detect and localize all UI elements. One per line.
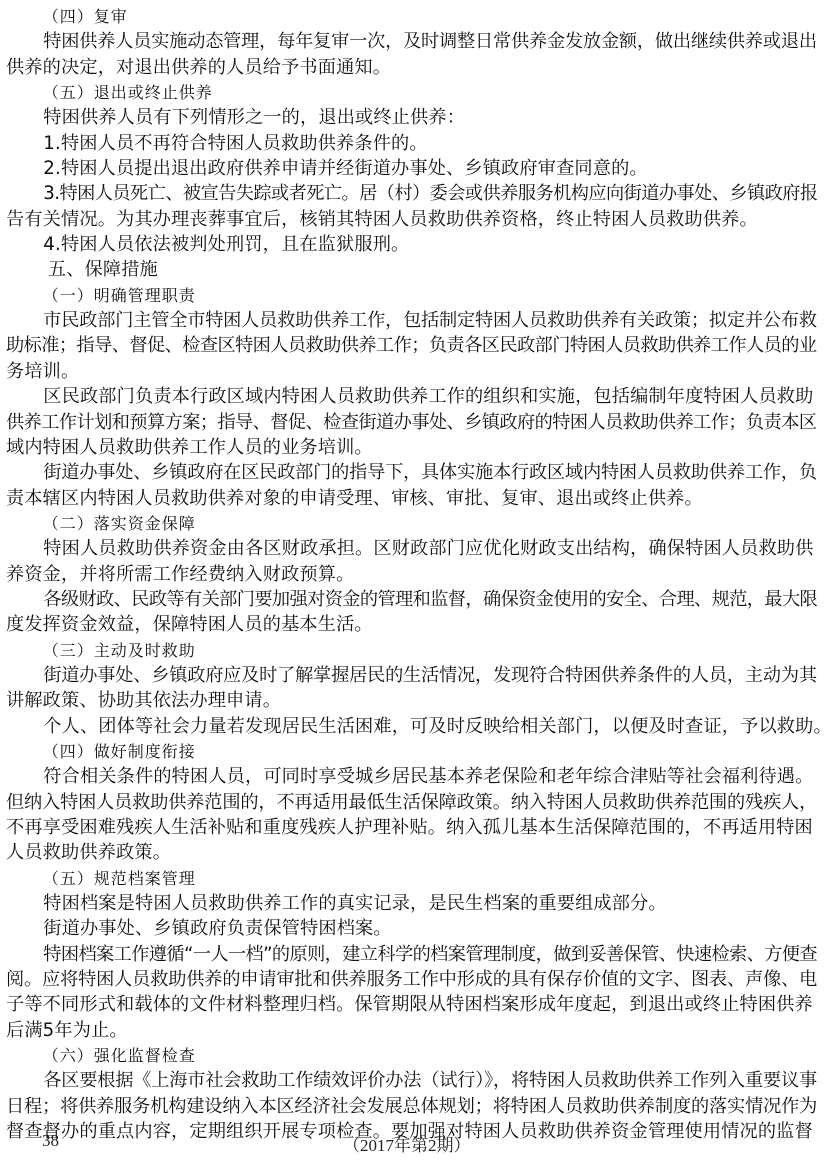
paragraph-line: 责本辖区内特困人员救助供养对象的申请受理、审核、审批、复审、退出或终止供养。 — [6, 486, 817, 511]
paragraph-line: 讲解政策、协助其依法办理申请。 — [6, 688, 817, 713]
paragraph-line: 特困人员救助供养资金由各区财政承担。区财政部门应优化财政支出结构，确保特困人员救… — [6, 536, 817, 561]
paragraph-line: 阅。应将特困人员救助供养的申请审批和供养服务工作中形成的具有保存价值的文字、图表… — [6, 967, 817, 992]
paragraph-line: 但纳入特困人员救助供养范围的，不再适用最低生活保障政策。纳入特困人员救助供养范围… — [6, 790, 817, 815]
paragraph-line: 个人、团体等社会力量若发现居民生活困难，可及时反映给相关部门，以便及时查证，予以… — [6, 714, 817, 739]
section-subheading: （一）明确管理职责 — [6, 283, 817, 308]
paragraph-line: 不再享受困难残疾人生活补贴和重度残疾人护理补贴。纳入孤儿基本生活保障范围的，不再… — [6, 815, 817, 840]
paragraph-line: 供养工作计划和预算方案；指导、督促、检查街道办事处、乡镇政府的特困人员救助供养工… — [6, 410, 817, 435]
paragraph-line: 市民政部门主管全市特困人员救助供养工作，包括制定特困人员救助供养有关政策；拟定并… — [6, 308, 817, 333]
paragraph-line: 各级财政、民政等有关部门要加强对资金的管理和监督，确保资金使用的安全、合理、规范… — [6, 587, 817, 612]
paragraph-line: 告有关情况。为其办理丧葬事宜后，核销其特困人员救助供养资格，终止特困人员救助供养… — [6, 207, 817, 232]
section-subheading: （五）退出或终止供养 — [6, 80, 817, 105]
paragraph-line: 域内特困人员救助供养工作人员的业务培训。 — [6, 435, 817, 460]
section-subheading: （三）主动及时救助 — [6, 638, 817, 663]
paragraph-line: 子等不同形式和载体的文件材料整理归档。保管期限从特困档案形成年度起，到退出或终止… — [6, 992, 817, 1017]
paragraph-line: 特困档案工作遵循“一人一档”的原则，建立科学的档案管理制度，做到妥善保管、快速检… — [6, 942, 817, 967]
paragraph-line: 各区要根据《上海市社会救助工作绩效评价办法（试行）》，将特困人员救助供养工作列入… — [6, 1068, 817, 1093]
paragraph-line: 日程；将供养服务机构建设纳入本区经济社会发展总体规划；将特困人员救助供养制度的落… — [6, 1094, 817, 1119]
paragraph-line: 特困档案是特困人员救助供养工作的真实记录，是民生档案的重要组成部分。 — [6, 891, 817, 916]
paragraph-line: 街道办事处、乡镇政府负责保管特困档案。 — [6, 916, 817, 941]
paragraph-line: 供养的决定，对退出供养的人员给予书面通知。 — [6, 55, 817, 80]
section-subheading: （六）强化监督检查 — [6, 1043, 817, 1068]
paragraph-line: 4.特困人员依法被判处刑罚，且在监狱服刑。 — [6, 232, 817, 257]
section-subheading: （二）落实资金保障 — [6, 511, 817, 536]
paragraph-line: 2.特困人员提出退出政府供养申请并经街道办事处、乡镇政府审查同意的。 — [6, 156, 817, 181]
paragraph-line: 务培训。 — [6, 359, 817, 384]
paragraph-line: 街道办事处、乡镇政府应及时了解掌握居民的生活情况，发现符合特困供养条件的人员，主… — [6, 663, 817, 688]
paragraph-line: 人员救助供养政策。 — [6, 840, 817, 865]
document-body: （四）复审特困供养人员实施动态管理，每年复审一次，及时调整日常供养金发放金额，做… — [6, 4, 817, 1144]
paragraph-line: 养资金，并将所需工作经费纳入财政预算。 — [6, 562, 817, 587]
issue-label: （2017年第2期） — [343, 1131, 471, 1156]
paragraph-line: 助标准；指导、督促、检查区特困人员救助供养工作；负责各区民政部门特困人员救助供养… — [6, 333, 817, 358]
section-subheading: （五）规范档案管理 — [6, 866, 817, 891]
paragraph-line: 3.特困人员死亡、被宣告失踪或者死亡。居（村）委会或供养服务机构应向街道办事处、… — [6, 181, 817, 206]
page-footer: 38 （2017年第2期） — [0, 1131, 827, 1153]
paragraph-line: 特困供养人员实施动态管理，每年复审一次，及时调整日常供养金发放金额，做出继续供养… — [6, 29, 817, 54]
section-subheading: （四）复审 — [6, 4, 817, 29]
paragraph-line: 街道办事处、乡镇政府在区民政部门的指导下，具体实施本行政区域内特困人员救助供养工… — [6, 460, 817, 485]
paragraph-line: 符合相关条件的特困人员，可同时享受城乡居民基本养老保险和老年综合津贴等社会福利待… — [6, 764, 817, 789]
paragraph-line: 后满5年为止。 — [6, 1018, 817, 1043]
paragraph-line: 1.特困人员不再符合特困人员救助供养条件的。 — [6, 131, 817, 156]
section-heading: 五、保障措施 — [6, 257, 817, 282]
page-number: 38 — [42, 1131, 59, 1151]
paragraph-line: 区民政部门负责本行政区域内特困人员救助供养工作的组织和实施，包括编制年度特困人员… — [6, 384, 817, 409]
section-subheading: （四）做好制度衔接 — [6, 739, 817, 764]
paragraph-line: 特困供养人员有下列情形之一的，退出或终止供养： — [6, 105, 817, 130]
paragraph-line: 度发挥资金效益，保障特困人员的基本生活。 — [6, 612, 817, 637]
